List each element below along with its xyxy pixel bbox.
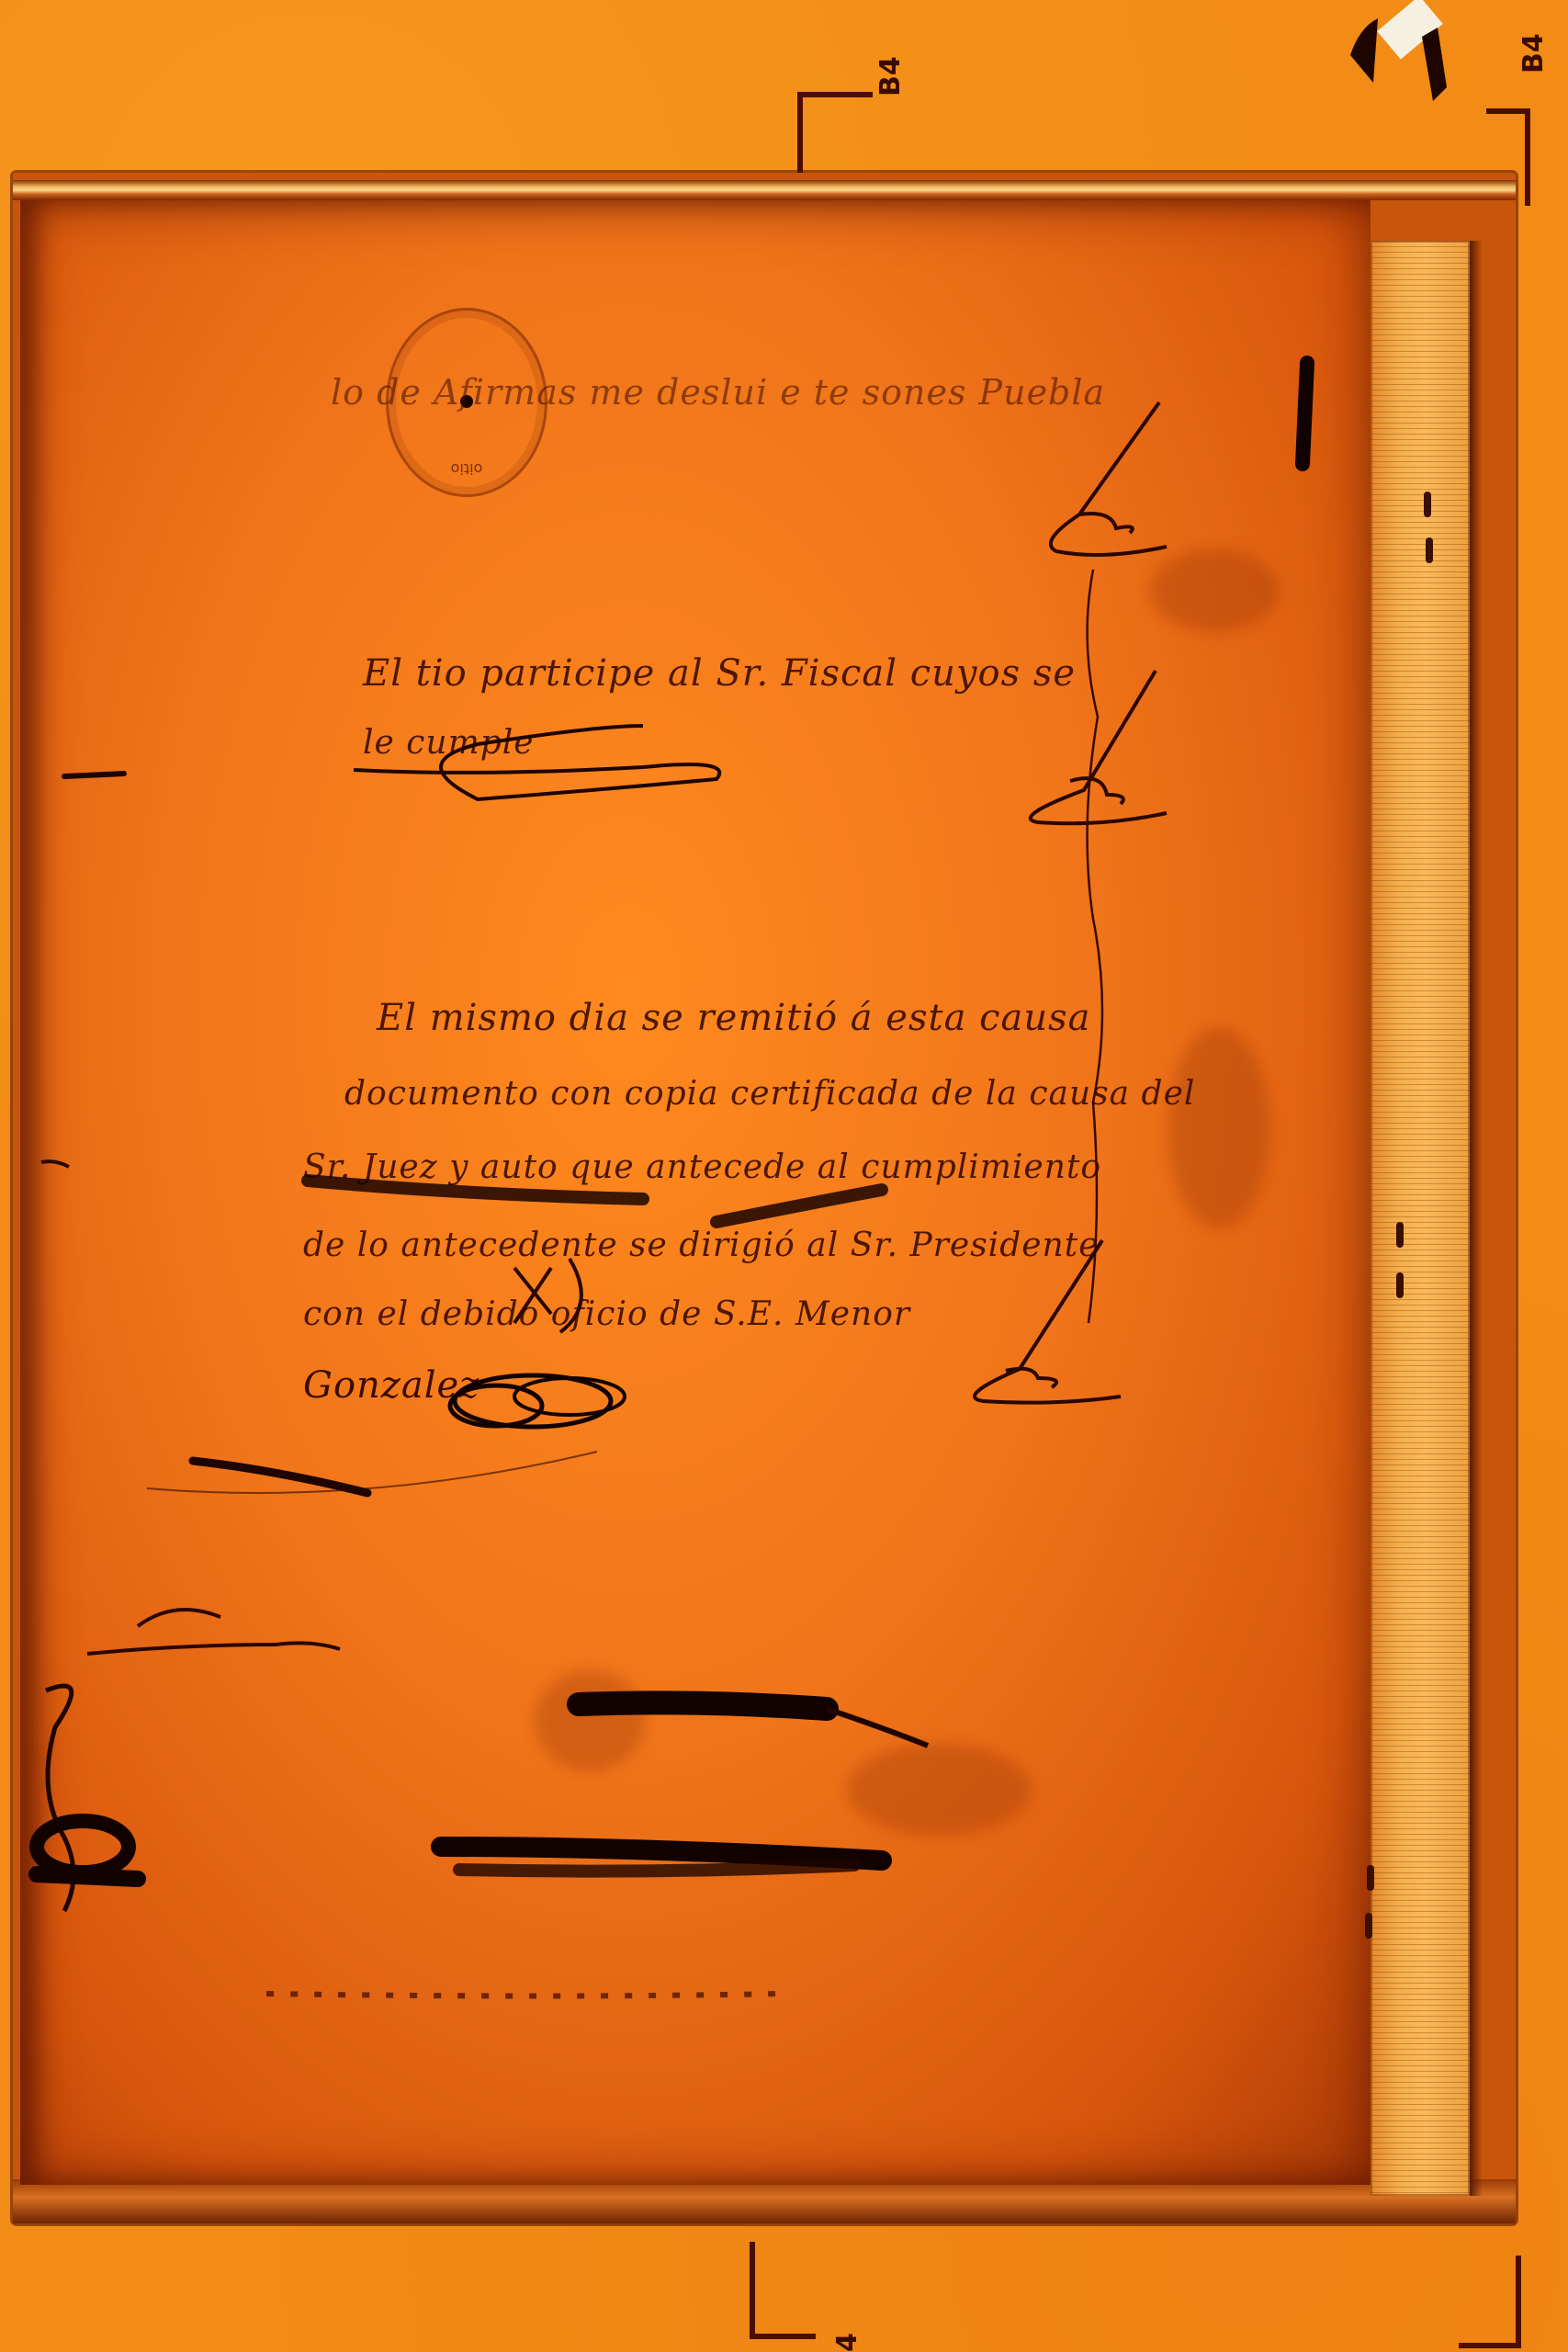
ink-flourishes	[0, 0, 1568, 2352]
